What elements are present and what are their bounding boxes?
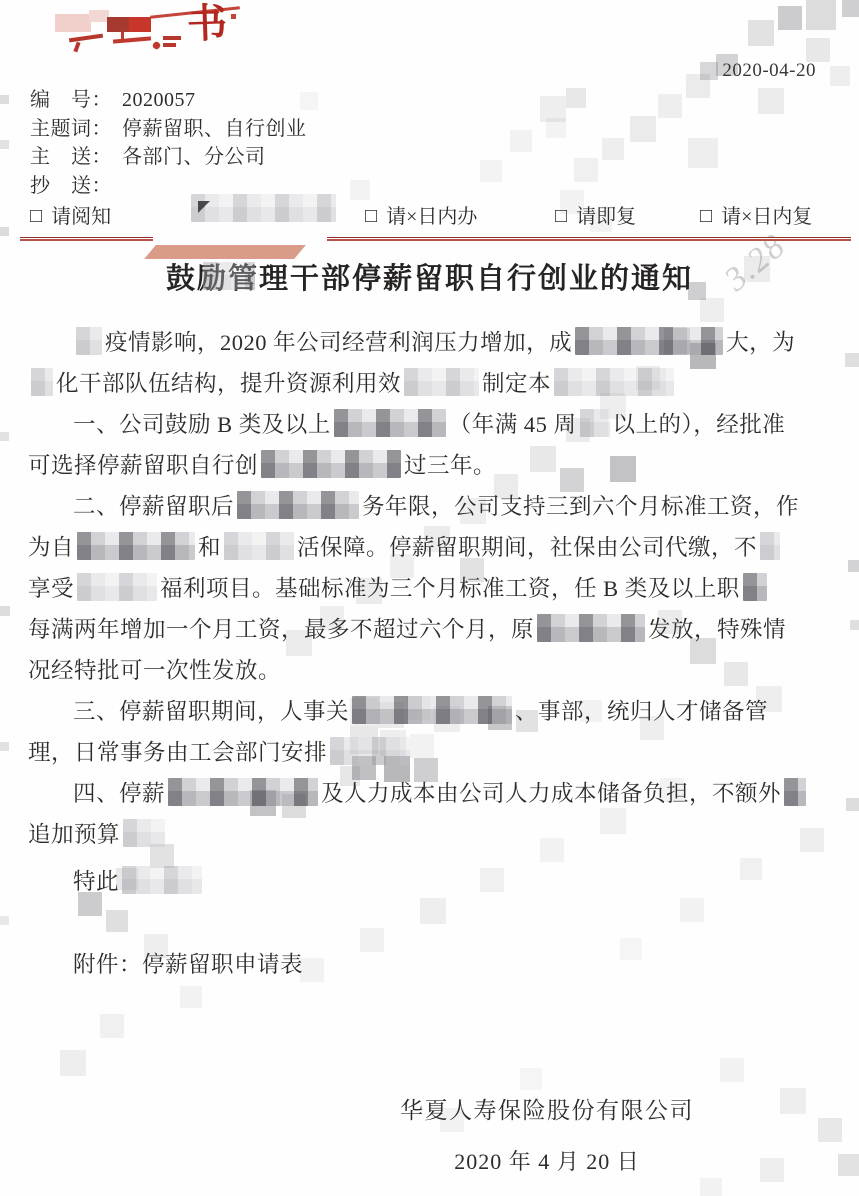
mosaic-pixel-block [60, 1050, 86, 1076]
checkbox-label: 请×日内复 [721, 206, 812, 228]
body-line: 理，日常事务由工会部门安排 [28, 730, 843, 771]
mosaic-red-block [107, 17, 129, 32]
body-text: 和 [198, 530, 221, 562]
mosaic-pixel-block [700, 298, 724, 322]
meta-value: 各部门、分公司 [122, 146, 266, 168]
mosaic-censor-inline [77, 532, 195, 560]
mosaic-pixel-block [848, 560, 859, 572]
body-text: 福利项目。基础标准为三个月标准工资，任 B 类及以上职 [160, 571, 740, 603]
routing-checkbox-item: □请阅知 [30, 200, 111, 229]
scanned-notice-document: 书 2020-04-20 编 号：2020057主题词：停薪留职、自行创业主 送… [0, 0, 859, 1196]
mosaic-censor-inline [237, 491, 359, 519]
mosaic-pixel-block [658, 94, 682, 118]
body-line: 疫情影响，2020 年公司经营利润压力增加，成大，为 [28, 320, 843, 361]
meta-label: 主 送： [30, 143, 122, 172]
mosaic-dark-triangle [198, 201, 210, 213]
mosaic-pixel-block [0, 95, 9, 104]
mosaic-pixel-block [850, 620, 859, 630]
body-text: 化干部队伍结构，提升资源利用效 [56, 366, 401, 398]
logo-character-fragment: 书 [186, 3, 227, 44]
body-line: 三、停薪留职期间，人事关、事部，统归人才储备管 [28, 689, 843, 730]
mosaic-censor-checkbox-row [191, 194, 336, 222]
mosaic-censor-inline [224, 532, 294, 560]
mosaic-censor-inline [123, 819, 165, 847]
mosaic-pixel-block [0, 916, 9, 925]
body-line: 特此 [28, 859, 843, 900]
document-meta-block: 编 号：2020057主题词：停薪留职、自行创业主 送：各部门、分公司抄 送： [30, 86, 307, 200]
body-text: 享受 [28, 571, 74, 603]
mosaic-censor-inline [334, 409, 446, 437]
mosaic-pixel-block [842, 0, 859, 17]
body-text: 附件：停薪留职申请表 [73, 947, 303, 979]
body-text: 可选择停薪留职自行创 [28, 448, 258, 480]
mosaic-censor-inline [330, 737, 410, 765]
logo-stroke [121, 31, 124, 39]
mosaic-censor-inline [580, 409, 610, 437]
body-text: 每满两年增加一个月工资，最多不超过六个月，原 [28, 612, 534, 644]
body-text: 二、停薪留职后 [73, 489, 234, 521]
mosaic-pixel-block [806, 38, 830, 62]
mosaic-pixel-block [630, 116, 656, 142]
mosaic-pixel-block [566, 88, 586, 108]
mosaic-pixel-block [748, 20, 774, 46]
checkbox-icon: □ [555, 205, 567, 228]
checkbox-label: 请阅知 [51, 206, 111, 228]
body-text: 为自 [28, 530, 74, 562]
body-text: 追加预算 [28, 817, 120, 849]
body-line: 一、公司鼓励 B 类及以上（年满 45 周以上的），经批准 [28, 402, 843, 443]
mosaic-pixel-block [602, 138, 624, 160]
body-line: 每满两年增加一个月工资，最多不超过六个月，原发放，特殊情 [28, 607, 843, 648]
body-text: 特此 [73, 864, 119, 896]
body-line: 享受福利项目。基础标准为三个月标准工资，任 B 类及以上职 [28, 566, 843, 607]
mosaic-censor-inline [168, 778, 318, 806]
body-text: 理，日常事务由工会部门安排 [28, 735, 327, 767]
mosaic-pixel-block [846, 798, 859, 811]
mosaic-censor-inline [760, 532, 780, 560]
mosaic-pixel-block [0, 432, 9, 441]
body-line: 二、停薪留职后务年限，公司支持三到六个月标准工资，作 [28, 484, 843, 525]
mosaic-pixel-block [0, 742, 9, 751]
mosaic-censor-inline [31, 368, 53, 396]
body-text: 四、停薪 [73, 776, 165, 808]
logo-stroke [163, 43, 176, 47]
meta-label: 编 号： [30, 86, 122, 115]
mosaic-pixel-block [0, 606, 10, 616]
mosaic-censor-inline [537, 614, 645, 642]
body-text: 疫情影响，2020 年公司经营利润压力增加，成 [105, 325, 572, 357]
body-text: 三、停薪留职期间，人事关 [73, 694, 349, 726]
body-text: 况经特批可一次性发放。 [28, 653, 281, 685]
body-text: 一、公司鼓励 B 类及以上 [73, 407, 331, 439]
mosaic-pixel-block [480, 160, 502, 182]
signature-block: 华夏人寿保险股份有限公司 2020 年 4 月 20 日 [392, 1092, 702, 1176]
mosaic-pixel-block [350, 180, 370, 200]
mosaic-pixel-block [806, 0, 836, 30]
meta-label: 抄 送： [30, 172, 122, 201]
mosaic-pixel-block [830, 66, 850, 86]
body-text: 务年限，公司支持三到六个月标准工资，作 [362, 489, 799, 521]
mosaic-censor-inline [261, 450, 401, 478]
mosaic-pixel-block [758, 88, 784, 114]
logo-stroke [73, 42, 80, 53]
checkbox-label: 请即复 [576, 206, 636, 228]
document-title: 鼓励管理干部停薪留职自行创业的通知 [0, 256, 859, 297]
mosaic-censor-inline [554, 368, 674, 396]
logo-stroke [163, 36, 181, 40]
mosaic-pixel-block [700, 1178, 722, 1196]
body-line: 化干部队伍结构，提升资源利用效制定本 [28, 361, 843, 402]
body-text: 以上的），经批准 [613, 407, 786, 439]
mosaic-censor-inline [743, 573, 767, 601]
checkbox-label: 请×日内办 [386, 206, 477, 228]
body-text: 过三年。 [404, 448, 496, 480]
mosaic-pixel-block [688, 138, 718, 168]
mosaic-censor-inline [575, 327, 723, 355]
mosaic-pixel-block [845, 353, 859, 367]
mosaic-pixel-block [510, 130, 532, 152]
mosaic-red-block [129, 17, 151, 32]
mosaic-pixel-block [180, 986, 202, 1008]
mosaic-censor-inline [77, 573, 157, 601]
body-line: 可选择停薪留职自行创过三年。 [28, 443, 843, 484]
mosaic-pixel-block [818, 1118, 842, 1142]
body-text: 大，为 [726, 325, 795, 357]
signature-company: 华夏人寿保险股份有限公司 [392, 1092, 702, 1125]
mosaic-pixel-block [100, 1014, 124, 1038]
mosaic-censor-title [203, 262, 255, 290]
body-text: 及人力成本由公司人力成本储备负担，不额外 [321, 776, 781, 808]
mosaic-pixel-block [0, 140, 9, 149]
routing-checkbox-item: □请×日内办 [365, 200, 477, 229]
meta-line: 主题词：停薪留职、自行创业 [30, 115, 307, 144]
mosaic-pixel-block [778, 6, 802, 30]
red-divider-right [327, 237, 851, 241]
mosaic-pixel-block [838, 1154, 859, 1176]
checkbox-icon: □ [365, 205, 377, 228]
body-line: 追加预算 [28, 812, 843, 853]
company-masthead-redacted: 书 [55, 2, 245, 62]
document-body: 疫情影响，2020 年公司经营利润压力增加，成大，为化干部队伍结构，提升资源利用… [28, 320, 843, 983]
body-text: （年满 45 周 [449, 407, 577, 439]
logo-stroke [152, 41, 162, 51]
mosaic-pixel-block [720, 1058, 744, 1082]
meta-value: 2020057 [122, 89, 196, 111]
logo-stroke [231, 14, 236, 19]
mosaic-pink-block [55, 14, 91, 32]
mosaic-pixel-block [540, 96, 566, 122]
meta-line: 编 号：2020057 [30, 86, 307, 115]
mosaic-pixel-block [520, 1068, 542, 1090]
logo-stroke [113, 36, 151, 43]
document-top-date: 2020-04-20 [700, 60, 816, 82]
meta-value: 停薪留职、自行创业 [122, 118, 307, 140]
mosaic-pixel-block [760, 1158, 784, 1182]
red-divider-left [20, 237, 153, 241]
body-text: 发放，特殊情 [648, 612, 786, 644]
mosaic-censor-inline [784, 778, 806, 806]
meta-label: 主题词： [30, 115, 122, 144]
body-line: 为自和活保障。停薪留职期间，社保由公司代缴，不 [28, 525, 843, 566]
routing-checkbox-row: □请阅知□请×日内办□请即复□请×日内复 [0, 200, 859, 230]
body-text: 、事部，统归人才储备管 [515, 694, 768, 726]
mosaic-pixel-block [574, 158, 598, 182]
body-text: 活保障。停薪留职期间，社保由公司代缴，不 [297, 530, 757, 562]
mosaic-censor-inline [76, 327, 102, 355]
attachment-line: 附件：停薪留职申请表 [28, 942, 843, 983]
checkbox-icon: □ [700, 205, 712, 228]
mosaic-censor-inline [122, 866, 202, 894]
meta-line: 主 送：各部门、分公司 [30, 143, 307, 172]
body-line: 四、停薪及人力成本由公司人力成本储备负担，不额外 [28, 771, 843, 812]
mosaic-censor-inline [404, 368, 479, 396]
routing-checkbox-item: □请×日内复 [700, 200, 812, 229]
logo-stroke [69, 34, 103, 43]
signature-date: 2020 年 4 月 20 日 [392, 1145, 702, 1176]
mosaic-censor-inline [352, 696, 512, 724]
checkbox-icon: □ [30, 205, 42, 228]
mosaic-pixel-block [780, 1088, 806, 1114]
body-line: 况经特批可一次性发放。 [28, 648, 843, 689]
routing-checkbox-item: □请即复 [555, 200, 636, 229]
body-text: 制定本 [482, 366, 551, 398]
mosaic-pink-block [89, 10, 109, 22]
